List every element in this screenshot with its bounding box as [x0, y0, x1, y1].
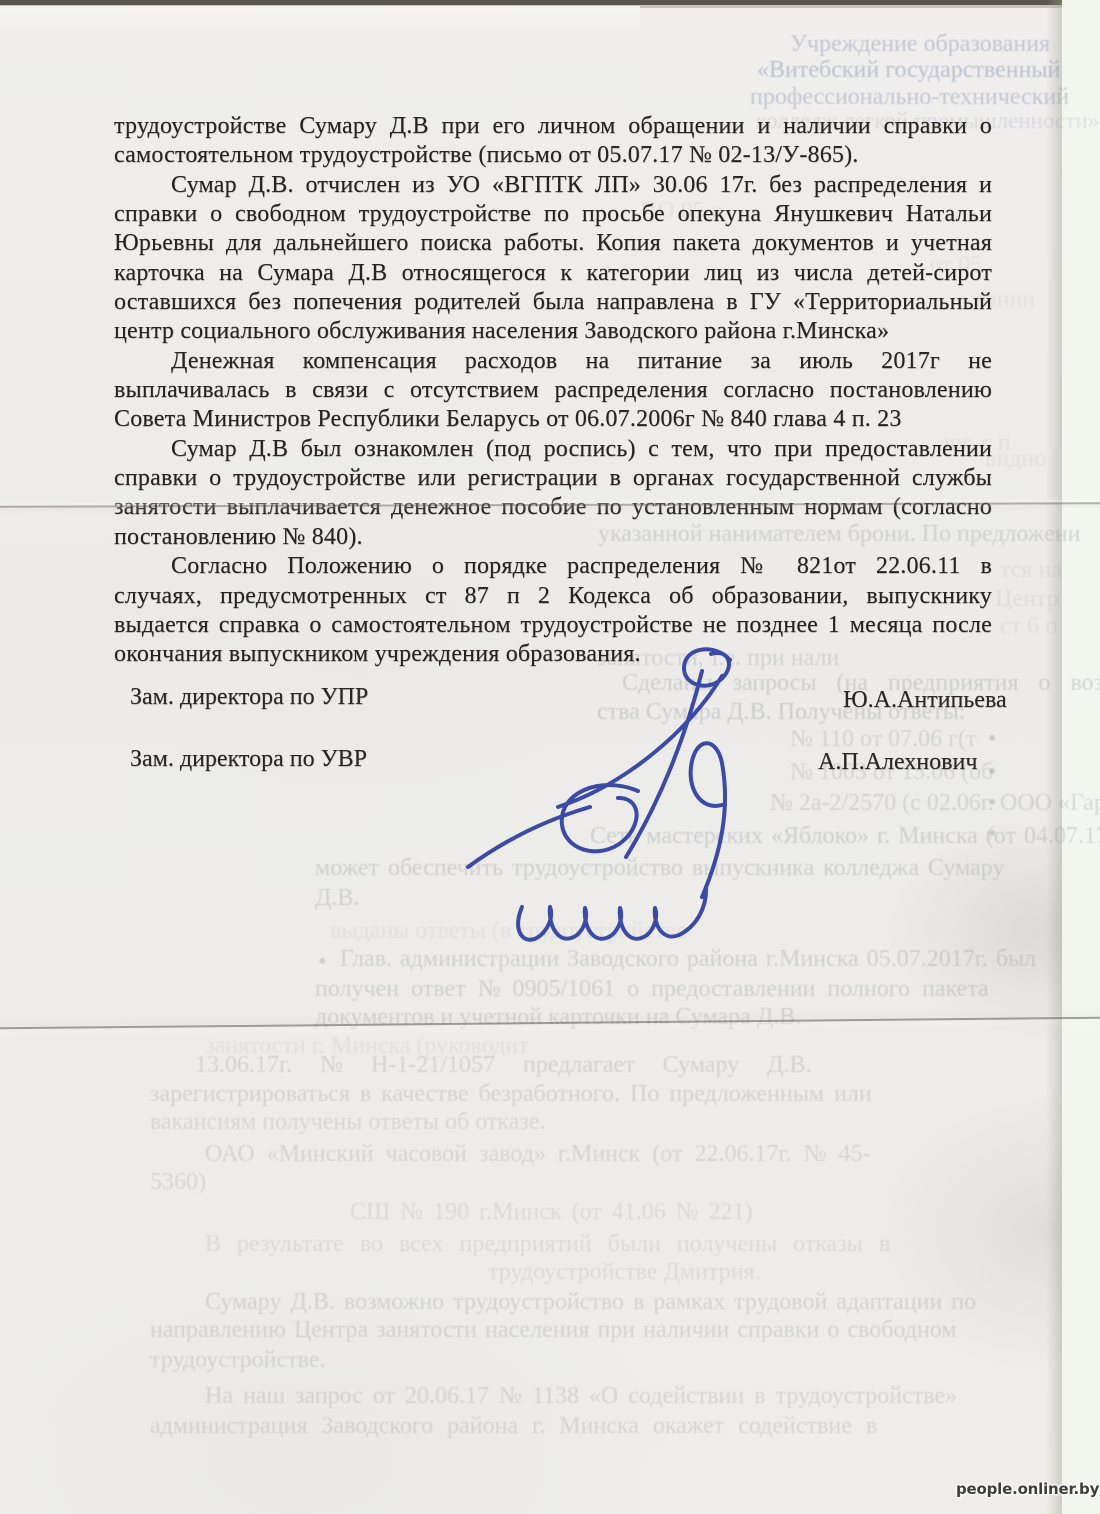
letter-line: оставшихся без попечения родителей была … [114, 288, 992, 317]
letter-line: Сумар Д.В был ознакомлен (под роспись) с… [114, 435, 992, 464]
ghost-line: На наш запрос от 20.06.17 № 1138 «О соде… [205, 1383, 957, 1410]
scanned-document-page: Учреждение образования«Витебский государ… [0, 0, 1100, 1514]
ghost-line: направлению Центра занятости населения п… [150, 1317, 957, 1344]
signer-name-alekhnovich: А.П.Алехнович [818, 749, 977, 776]
letter-line: Согласно Положению о порядке распределен… [114, 552, 992, 581]
ghost-line: • [318, 949, 326, 976]
ghost-line: 13.06.17г. № Н-1-21/1057 предлагает Сума… [195, 1052, 812, 1079]
ghost-line: документов и учетной карточки на Сумара … [315, 1004, 801, 1031]
letter-line: самостоятельном трудоустройстве (письмо … [114, 141, 992, 170]
ghost-line: Учреждение образования [790, 31, 1050, 58]
letter-line: трудоустройстве Сумару Д.В при его лично… [114, 112, 992, 141]
ghost-line: администрация Заводского района г. Минск… [150, 1413, 877, 1440]
ghost-line: Центр [995, 586, 1059, 613]
ghost-line: тся на [1000, 557, 1062, 584]
letter-line: справки о свободном трудоустройстве по п… [114, 200, 992, 229]
letter-body: трудоустройстве Сумару Д.В при его лично… [114, 112, 992, 670]
ghost-line: ОАО «Минский часовой завод» г.Минск (от … [205, 1141, 871, 1168]
paper-top-highlight [0, 6, 640, 32]
letter-line: занятости выплачивается денежное пособие… [114, 493, 992, 522]
ghost-line: Сумару Д.В. возможно трудоустройство в р… [205, 1289, 976, 1316]
signature-ink [430, 635, 770, 975]
ghost-line: видно [985, 446, 1046, 473]
letter-line: Юрьевны для дальнейшего поиска работы. К… [114, 229, 992, 258]
ghost-line: профессионально-технический [750, 84, 1069, 111]
letter-line: случаях, предусмотренных ст 87 п 2 Кодек… [114, 582, 992, 611]
ghost-line: СШ № 190 г.Минск (от 41.06 № 221) [350, 1199, 753, 1226]
ghost-line: трудоустройстве Дмитрия. [488, 1259, 761, 1286]
ghost-line: 5360) [150, 1169, 206, 1196]
ghost-line: В результате во всех предприятий были по… [205, 1231, 890, 1258]
ghost-line: • [988, 726, 996, 753]
paper-right-edge-shadow [1046, 0, 1062, 1514]
letter-line: карточка на Сумара Д.В относящегося к ка… [114, 259, 992, 288]
ghost-line: • [988, 790, 996, 817]
ghost-line: вакансиям получены ответы об отказе. [150, 1109, 545, 1136]
ghost-line: получен ответ № 0905/1061 о предоставлен… [315, 976, 989, 1003]
ghost-line: трудоустройстве. [150, 1347, 326, 1374]
signer-title-uvr: Зам. директора по УВР [130, 746, 367, 773]
ghost-line: ст 6 п [1000, 613, 1058, 640]
letter-line: Совета Министров Республики Беларусь от … [114, 405, 992, 434]
letter-line: Денежная компенсация расходов на питание… [114, 347, 992, 376]
letter-line: постановлению № 840). [114, 523, 992, 552]
ghost-line: • [988, 821, 996, 848]
ghost-line: Д.В. [315, 885, 359, 912]
watermark: people.onliner.by [956, 1480, 1099, 1498]
ghost-line: зарегистрироваться в качестве безработно… [150, 1081, 872, 1108]
letter-line: выплачивалась в связи с отсутствием расп… [114, 376, 992, 405]
ghost-line: «Витебский государственный [757, 57, 1060, 84]
letter-line: центр социального обслуживания населения… [114, 317, 992, 346]
letter-line: справки о трудоустройстве или регистраци… [114, 464, 992, 493]
signer-name-antipieva: Ю.А.Антипьева [843, 687, 1007, 714]
ghost-line: № 2а-2/2570 (с 02.06г. ООО «Гар [770, 790, 1100, 817]
ghost-line: • [988, 759, 996, 786]
signer-title-upr: Зам. директора по УПР [130, 684, 368, 711]
letter-line: Сумар Д.В. отчислен из УО «ВГПТК ЛП» 30.… [114, 171, 992, 200]
